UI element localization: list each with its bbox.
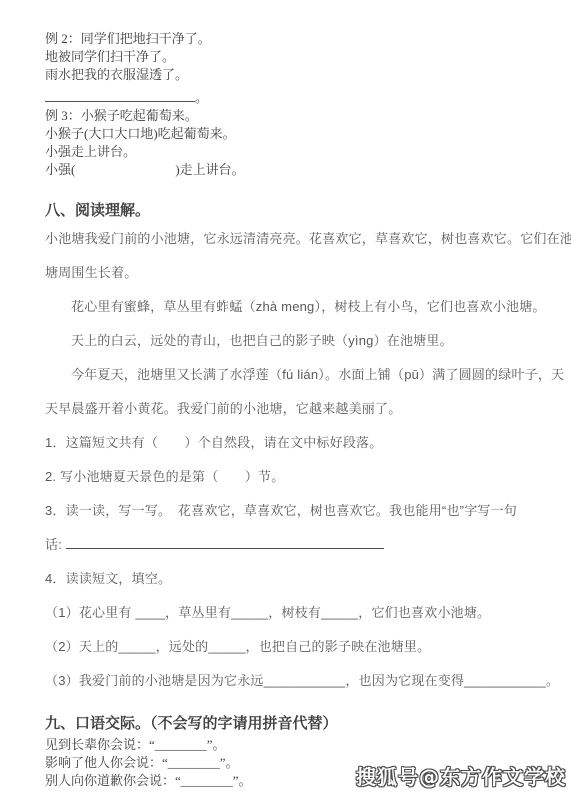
passage-line: 今年夏天，池塘里又长满了水浮莲（fú lián）。水面上铺（pū）满了圆圆的绿叶… <box>45 358 541 392</box>
question-3-answer-prefix: 话: <box>45 537 62 552</box>
question-2: 2. 写小池塘夏天景色的是第（ ）节。 <box>45 460 541 494</box>
question-4-item-1: （1）花心里有 ____，草丛里有_____，树枝有_____，它们也喜欢小池塘… <box>45 596 541 630</box>
oral-line-1: 见到长辈你会说：“________”。 <box>45 736 541 754</box>
answer-blank-line <box>45 89 195 102</box>
question-3-answer-row: 话: <box>45 528 541 562</box>
sohu-watermark: 搜狐号@东方作文学校 <box>356 761 566 790</box>
passage-line: 天早晨盛开着小黄花。我爱门前的小池塘，它越来越美丽了。 <box>45 392 541 426</box>
example2-answer-row: 。 <box>45 89 541 107</box>
example-section: 例 2：同学们把地扫干净了。 地被同学们扫干净了。 雨水把我的衣服湿透了。 。 … <box>45 30 541 179</box>
question-1: 1．这篇短文共有（ ）个自然段，请在文中标好段落。 <box>45 426 541 460</box>
section8-heading: 八、阅读理解。 <box>45 199 541 220</box>
reading-passage: 小池塘我爱门前的小池塘，它永远清清亮亮。花喜欢它，草喜欢它，树也喜欢它。它们在池… <box>45 222 541 426</box>
example2-line-1: 例 2：同学们把地扫干净了。 <box>45 30 541 48</box>
question-4: 4．读读短文，填空。 <box>45 562 541 596</box>
reading-questions: 1．这篇短文共有（ ）个自然段，请在文中标好段落。 2. 写小池塘夏天景色的是第… <box>45 426 541 698</box>
question-4-item-3: （3）我爱门前的小池塘是因为它永远___________，也因为它现在变得___… <box>45 664 541 698</box>
example3-line-3: 小强走上讲台。 <box>45 143 541 161</box>
example3-line-2: 小猴子(大口大口地)吃起葡萄来。 <box>45 125 541 143</box>
passage-line: 天上的白云，远处的青山，也把自己的影子映（yìng）在池塘里。 <box>45 324 541 358</box>
example3-line-1: 例 3：小猴子吃起葡萄来。 <box>45 107 541 125</box>
passage-line: 塘周围生长着。 <box>45 256 541 290</box>
fill-prefix: 小强( <box>45 162 75 177</box>
fill-suffix: )走上讲台。 <box>175 162 244 177</box>
passage-line: 小池塘我爱门前的小池塘，它永远清清亮亮。花喜欢它，草喜欢它，树也喜欢它。它们在池 <box>45 222 541 256</box>
worksheet-page: 例 2：同学们把地扫干净了。 地被同学们扫干净了。 雨水把我的衣服湿透了。 。 … <box>0 0 571 794</box>
example2-line-2: 地被同学们扫干净了。 <box>45 48 541 66</box>
example2-line-3: 雨水把我的衣服湿透了。 <box>45 66 541 84</box>
question-4-item-2: （2）天上的_____，远处的_____，也把自己的影子映在池塘里。 <box>45 630 541 664</box>
question-3: 3．读一读，写一写。 花喜欢它，草喜欢它，树也喜欢它。我也能用“也”字写一句 <box>45 494 541 528</box>
passage-line: 花心里有蜜蜂，草丛里有蚱蜢（zhà meng），树枝上有小鸟，它们也喜欢小池塘。 <box>45 290 541 324</box>
example3-fill-row: 小强()走上讲台。 <box>45 161 541 179</box>
answer-blank-line <box>66 536 384 549</box>
section9-heading: 九、口语交际。（不会写的字请用拼音代替） <box>45 712 541 733</box>
answer-blank-suffix: 。 <box>195 90 208 105</box>
